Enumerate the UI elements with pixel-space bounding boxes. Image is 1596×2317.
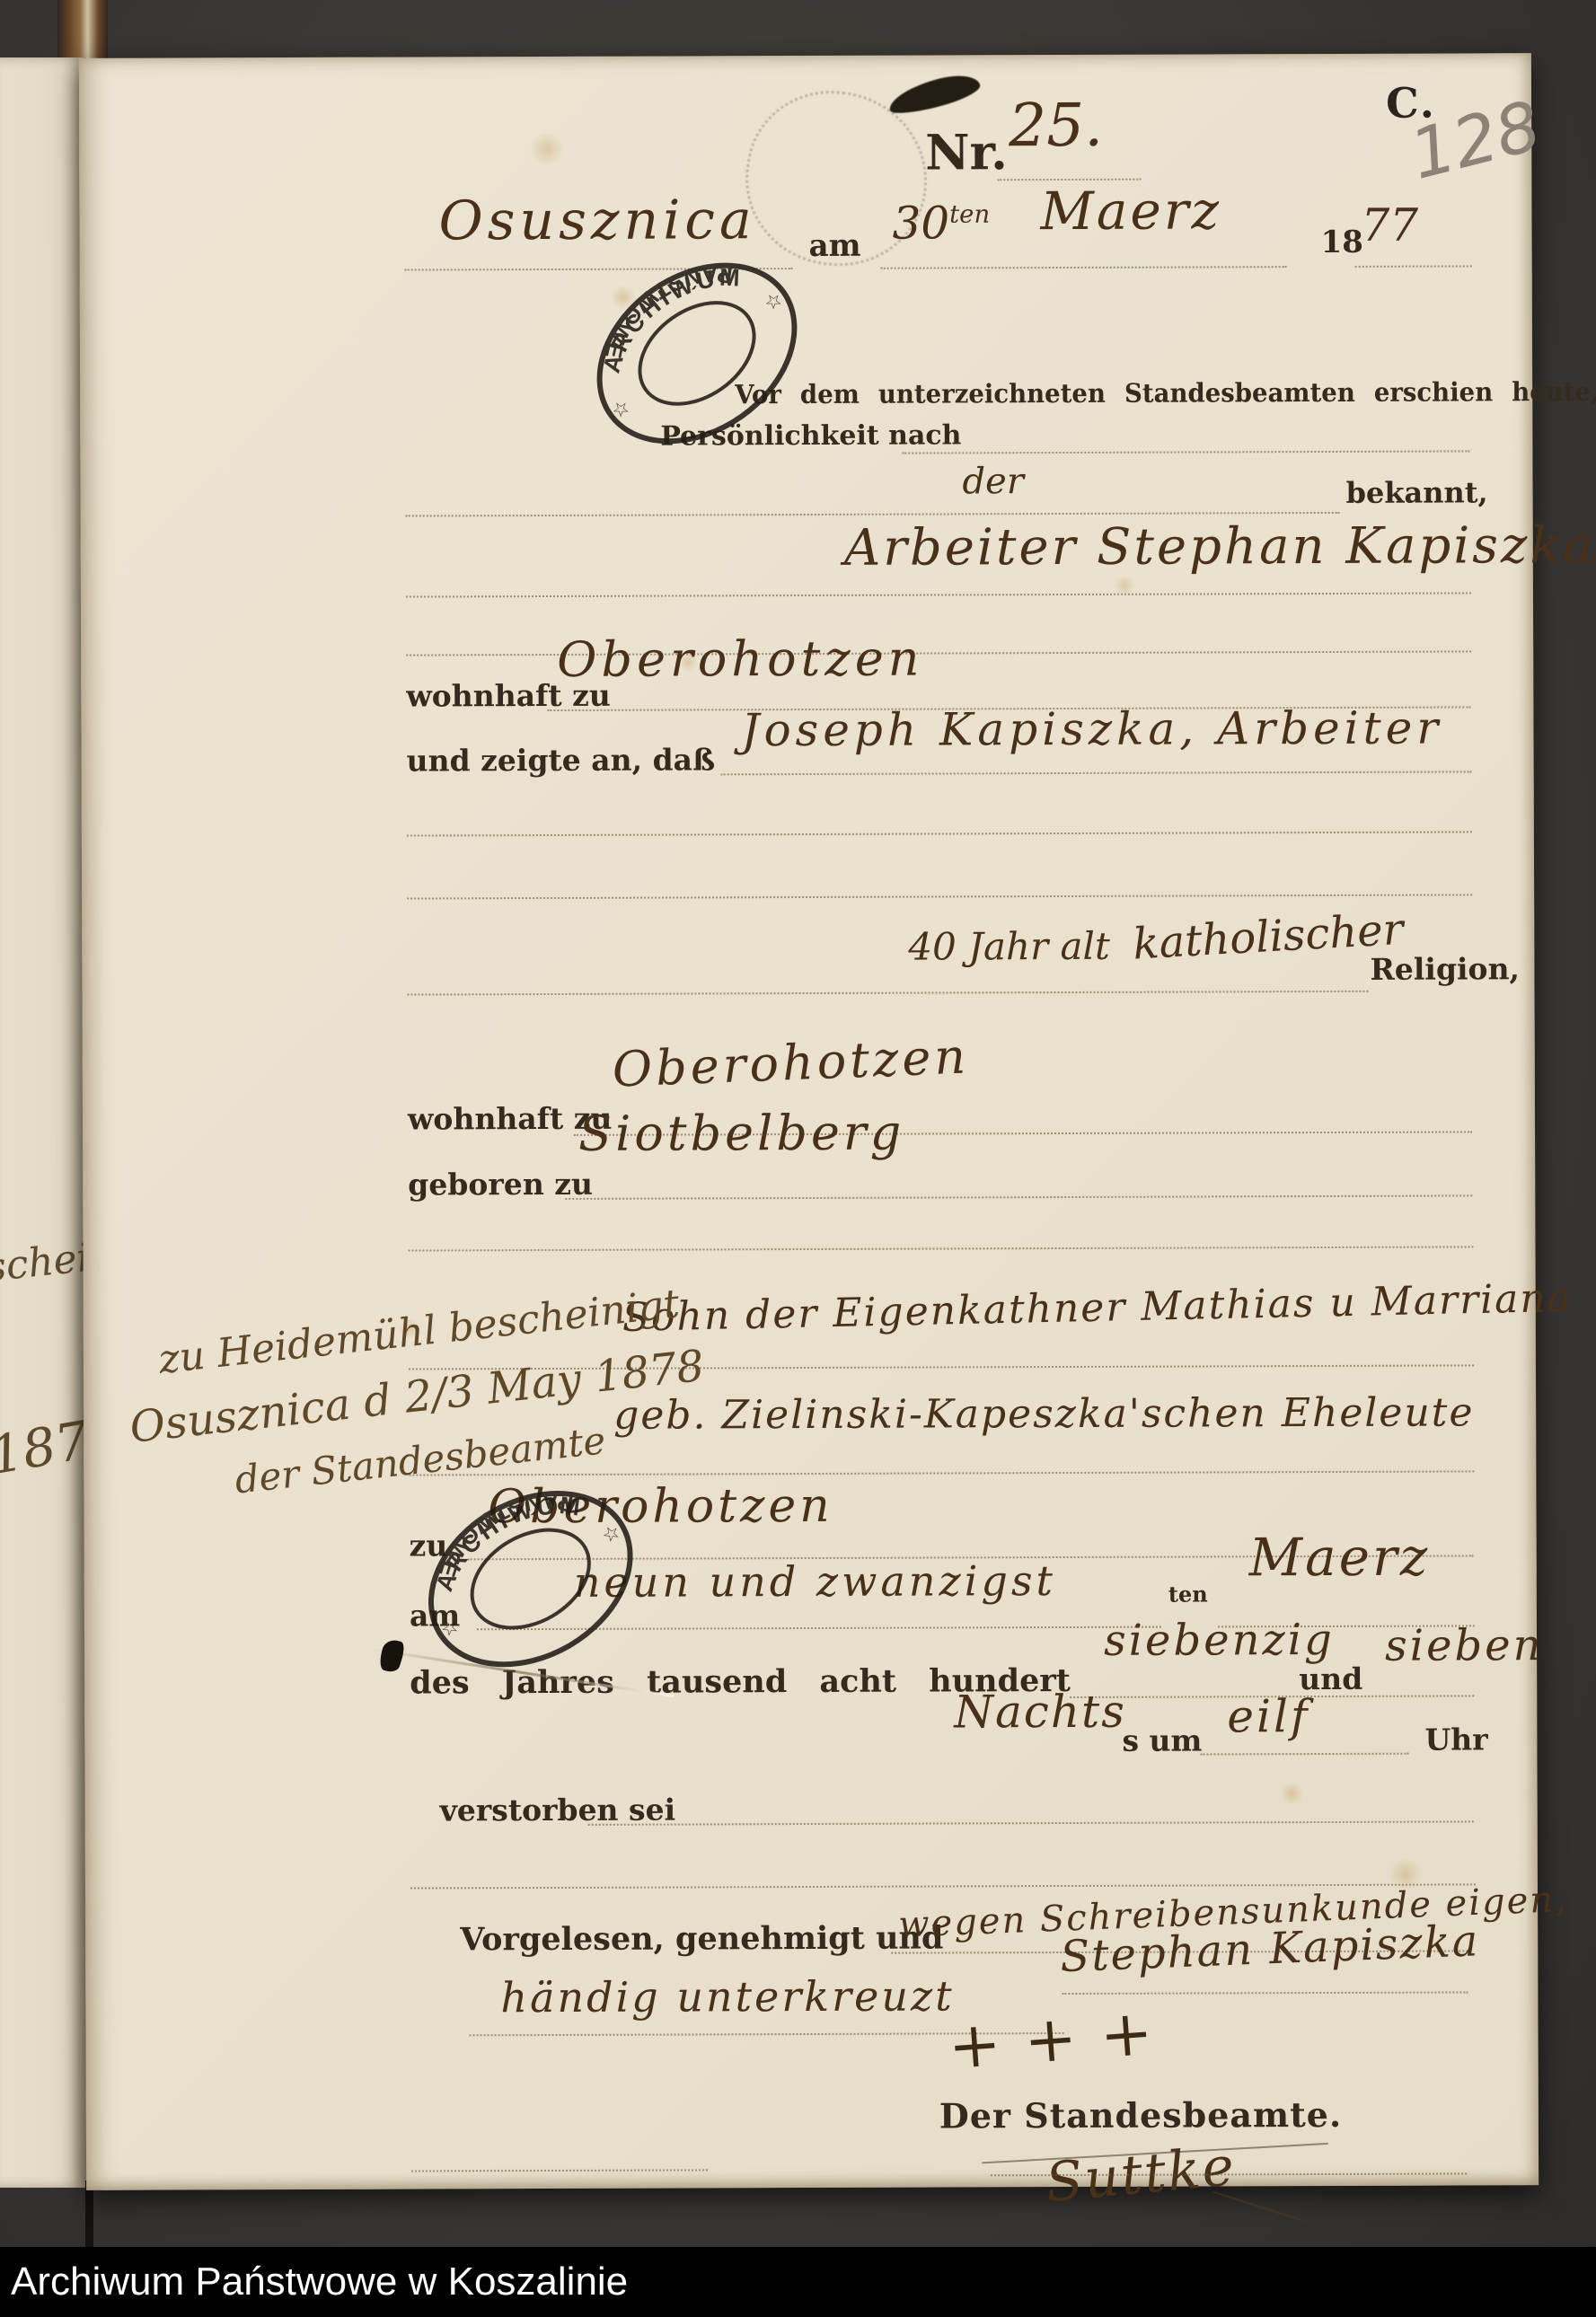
parents-line1: Sohn der Eigenkathner Mathias u Marriana bbox=[622, 1275, 1573, 1341]
ruled-line bbox=[408, 1246, 1473, 1251]
deceased-age: 40 Jahr alt bbox=[908, 924, 1110, 969]
ruled-line bbox=[406, 592, 1471, 597]
dateline-month: Maerz bbox=[1040, 180, 1221, 242]
ruled-line bbox=[1200, 1753, 1408, 1756]
death-time-mid-label: s um bbox=[1122, 1722, 1202, 1758]
birthplace-label: geboren zu bbox=[408, 1167, 593, 1203]
record-number-value: 25. bbox=[1009, 91, 1103, 160]
binding-thread bbox=[57, 0, 108, 63]
registrar-label: Der Standesbeamte. bbox=[939, 2094, 1342, 2136]
scan-backdrop: schei: 1878 C. 128 Nr. 25. Osusznica am … bbox=[0, 0, 1596, 2317]
paper-stain bbox=[1114, 576, 1135, 595]
ruled-line bbox=[407, 831, 1472, 836]
death-day-suffix: ten bbox=[1168, 1581, 1208, 1607]
death-year-tens: siebenzig bbox=[1104, 1615, 1335, 1666]
deceased-residence: Oberohotzen bbox=[612, 1027, 970, 1097]
ruled-line bbox=[588, 1820, 1474, 1825]
cover-edge-shadow bbox=[85, 2180, 93, 2249]
death-uhr-label: Uhr bbox=[1424, 1722, 1487, 1757]
declarant-name: Arbeiter Stephan Kapiszka bbox=[844, 516, 1596, 577]
dateline-day: 30ten bbox=[892, 197, 990, 249]
ruled-line bbox=[407, 894, 1472, 899]
paper-stain bbox=[1280, 1783, 1305, 1804]
dateline-am-label: am bbox=[809, 228, 861, 264]
notice-label: und zeigte an, daß bbox=[407, 742, 716, 778]
ruled-line bbox=[411, 2169, 708, 2172]
record-number-label: Nr. bbox=[925, 123, 1008, 181]
ruled-line bbox=[881, 266, 1287, 269]
caption-bar: Archiwum Państwowe w Koszalinie bbox=[0, 2247, 1596, 2317]
death-time-prefix: Nachts bbox=[954, 1686, 1126, 1739]
signature-flourish bbox=[1211, 2190, 1306, 2223]
ruled-line bbox=[408, 991, 1369, 996]
ruled-line bbox=[1062, 1991, 1468, 1995]
svg-text:ARCHIWUM: ARCHIWUM bbox=[578, 238, 756, 386]
stamp-top-text: ARCHIWUM bbox=[578, 238, 756, 386]
ruled-line bbox=[721, 771, 1472, 775]
dateline-century: 18 bbox=[1321, 225, 1363, 260]
record-page: C. 128 Nr. 25. Osusznica am 30ten Maerz … bbox=[79, 53, 1539, 2190]
attestation-hand2: händig unterkreuzt bbox=[500, 1971, 954, 2022]
dateline-day-number: 30 bbox=[892, 197, 949, 249]
notice-value: Joseph Kapiszka, Arbeiter bbox=[741, 702, 1442, 757]
death-month-value: Maerz bbox=[1249, 1527, 1431, 1589]
birthplace-value: Siotbelberg bbox=[578, 1105, 904, 1162]
ink-blot bbox=[886, 69, 983, 119]
ruled-line bbox=[565, 1194, 1472, 1200]
known-label: bekannt, bbox=[1345, 475, 1487, 510]
intro-line1: Vor dem unterzeichneten Standesbeamten e… bbox=[735, 376, 1596, 410]
archive-caption: Archiwum Państwowe w Koszalinie bbox=[11, 2247, 628, 2317]
adjacent-page-edge bbox=[0, 57, 86, 2188]
ruled-line bbox=[902, 450, 1469, 454]
inserted-word: der bbox=[962, 461, 1024, 502]
signature-crosses-icon: +++ bbox=[946, 1994, 1178, 2084]
death-hour-value: eilf bbox=[1227, 1690, 1309, 1742]
dateline-day-suffix: ten bbox=[949, 200, 990, 229]
death-year-units: sieben bbox=[1385, 1620, 1544, 1671]
ruled-line bbox=[1355, 265, 1472, 267]
residence-value: Oberohotzen bbox=[557, 630, 924, 688]
dateline-year: 77 bbox=[1361, 199, 1418, 251]
death-verb-label: verstorben sei bbox=[440, 1793, 676, 1828]
ruled-line bbox=[406, 512, 1340, 517]
deceased-religion-label: Religion, bbox=[1370, 951, 1520, 987]
ink-blot bbox=[376, 1637, 407, 1675]
paper-stain bbox=[528, 133, 566, 165]
attestation-printed: Vorgelesen, genehmigt und bbox=[460, 1919, 943, 1958]
deceased-religion-hand: katholischer bbox=[1132, 904, 1405, 970]
